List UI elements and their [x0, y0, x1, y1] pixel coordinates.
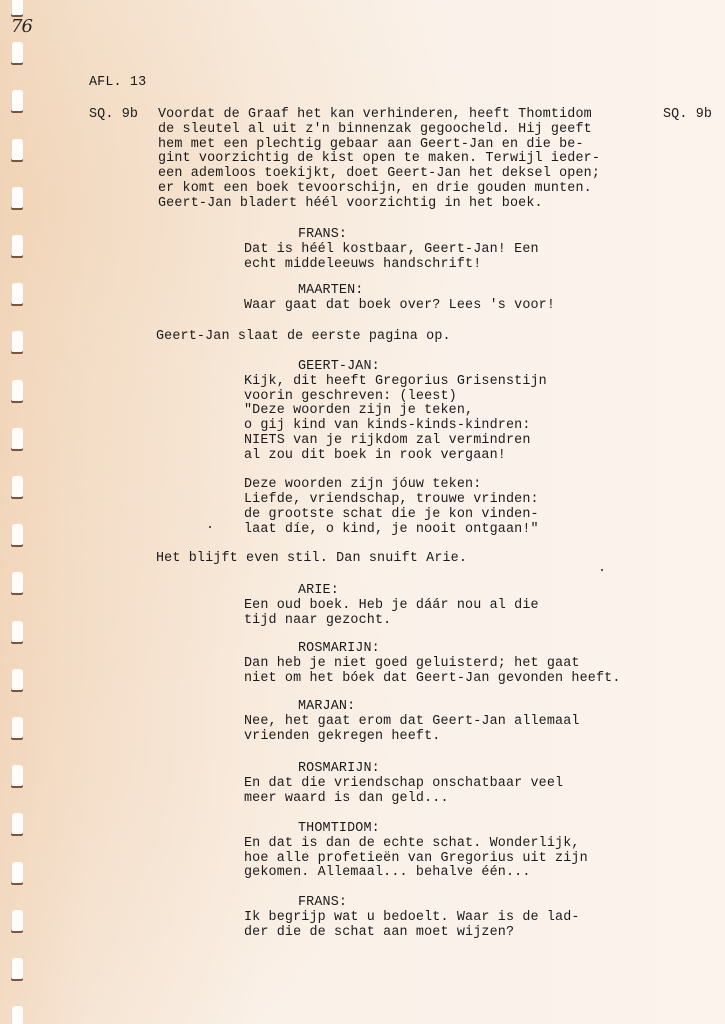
- binder-hole: [11, 331, 23, 354]
- speaker-name: MAARTEN:: [298, 284, 364, 299]
- dialogue-text: Waar gaat dat boek over? Lees 's voor!: [244, 299, 555, 314]
- binder-hole: [11, 910, 23, 933]
- binder-hole: [11, 669, 23, 692]
- speaker-name: GEERT-JAN:: [298, 360, 380, 375]
- dialogue-text: En dat is dan de echte schat. Wonderlijk…: [244, 837, 588, 881]
- binder-hole: [11, 572, 23, 595]
- binder-holes: [0, 0, 30, 1024]
- action-line: Het blijft even stil. Dan snuift Arie.: [156, 552, 467, 567]
- ink-speck: [601, 569, 603, 571]
- dialogue-text: Ik begrijp wat u bedoelt. Waar is de lad…: [244, 911, 580, 941]
- binder-hole: [11, 42, 23, 65]
- binder-hole: [11, 862, 23, 885]
- binder-hole: [11, 813, 23, 836]
- dialogue-text: Kijk, dit heeft Gregorius Grisenstijn vo…: [244, 375, 547, 538]
- dialogue-text: Dan heb je niet goed geluisterd; het gaa…: [244, 657, 621, 687]
- binder-hole: [11, 0, 23, 17]
- opening-action-paragraph: Voordat de Graaf het kan verhinderen, he…: [158, 108, 600, 212]
- episode-label: AFL. 13: [89, 76, 146, 91]
- binder-hole: [11, 90, 23, 113]
- binder-hole: [11, 621, 23, 644]
- binder-hole: [11, 235, 23, 258]
- speaker-name: MARJAN:: [298, 700, 355, 715]
- binder-hole: [11, 958, 23, 981]
- binder-hole: [11, 380, 23, 403]
- binder-hole: [11, 187, 23, 210]
- sequence-label-left: SQ. 9b: [89, 108, 138, 123]
- dialogue-text: Een oud boek. Heb je dáár nou al die tij…: [244, 599, 539, 629]
- binder-hole: [11, 1006, 23, 1024]
- binder-hole: [11, 283, 23, 306]
- binder-hole: [11, 524, 23, 547]
- binder-hole: [11, 765, 23, 788]
- speaker-name: FRANS:: [298, 228, 347, 243]
- action-line: Geert-Jan slaat de eerste pagina op.: [156, 330, 451, 345]
- speaker-name: FRANS:: [298, 896, 347, 911]
- binder-hole: [11, 476, 23, 499]
- ink-speck: [209, 526, 211, 528]
- dialogue-text: Dat is héél kostbaar, Geert-Jan! Een ech…: [244, 243, 539, 273]
- speaker-name: ARIE:: [298, 584, 339, 599]
- speaker-name: ROSMARIJN:: [298, 642, 380, 657]
- binder-hole: [11, 139, 23, 162]
- dialogue-text: Nee, het gaat erom dat Geert-Jan allemaa…: [244, 715, 580, 745]
- speaker-name: ROSMARIJN:: [298, 762, 380, 777]
- binder-hole: [11, 428, 23, 451]
- binder-hole: [11, 717, 23, 740]
- dialogue-text: En dat die vriendschap onschatbaar veel …: [244, 777, 563, 807]
- handwritten-page-number: 76: [11, 16, 32, 37]
- sequence-label-right: SQ. 9b: [663, 108, 712, 123]
- speaker-name: THOMTIDOM:: [298, 822, 380, 837]
